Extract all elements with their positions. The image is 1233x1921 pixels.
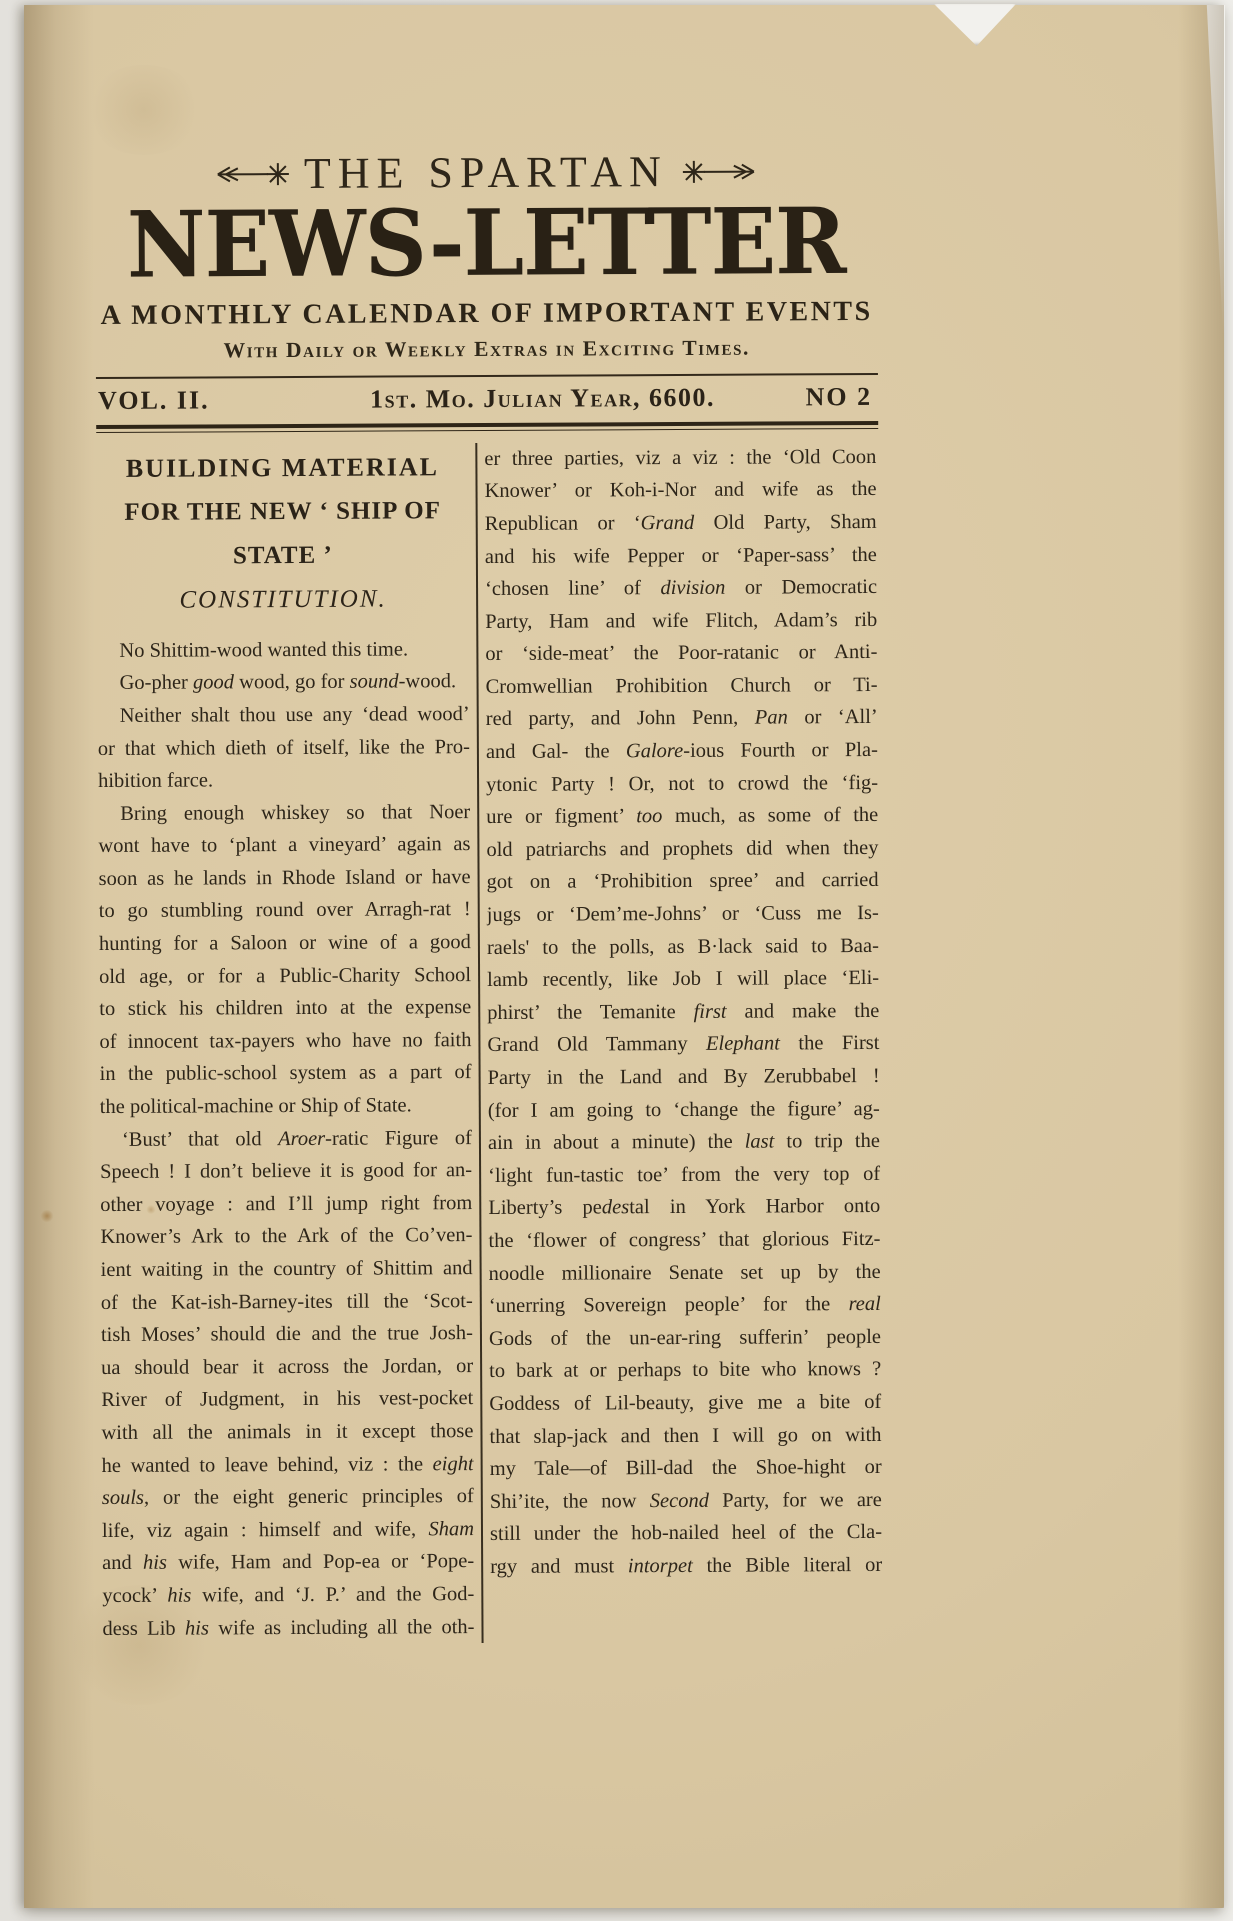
text-line: hunting for a Saloon or wine of a good bbox=[99, 926, 471, 961]
text-line: Liberty’s pedestal in York Harbor onto bbox=[488, 1190, 880, 1225]
text-line: lamb recently, like Job I will place ‘El… bbox=[487, 962, 879, 997]
arrow-ornament-right bbox=[682, 156, 756, 186]
text-line: Shi’ite, the now Second Party, for we ar… bbox=[490, 1484, 882, 1519]
text-line: other voyage : and I’ll jump right from bbox=[100, 1187, 472, 1222]
text-line: ycock’ his wife, and ‘J. P.’ and the God… bbox=[102, 1578, 474, 1613]
text-line: old patriarchs and prophets did when the… bbox=[486, 832, 878, 867]
text-line: or that which dieth of itself, like the … bbox=[98, 731, 470, 766]
masthead: THE SPARTAN bbox=[94, 3, 878, 364]
text-line: of the Kat-ish-Barney-ites till the ‘Sco… bbox=[101, 1285, 473, 1320]
text-line: dess Lib his wife as including all the o… bbox=[102, 1611, 474, 1646]
text-line: Bring enough whiskey so that Noer bbox=[98, 796, 470, 831]
text-line: still under the hob-nailed heel of the C… bbox=[490, 1516, 882, 1551]
text-line: old age, or for a Public-Charity School bbox=[99, 959, 471, 994]
text-line: ‘chosen line’ of division or Democratic bbox=[485, 571, 877, 606]
text-line: Gods of the un-ear-ring sufferin’ people bbox=[489, 1321, 881, 1356]
text-line: Neither shalt thou use any ‘dead wood’ bbox=[98, 698, 470, 733]
article-heading: BUILDING MATERIAL FOR THE NEW ‘ SHIP OF … bbox=[96, 441, 469, 623]
text-line: (for I am going to ‘change the figure’ a… bbox=[488, 1093, 880, 1128]
date-label: 1st. Mo. Julian Year, 6600. bbox=[370, 383, 715, 415]
text-line: with all the animals in it except those bbox=[101, 1415, 473, 1450]
text-line: Party, Ham and wife Flitch, Adam’s rib bbox=[485, 604, 877, 639]
text-line: ‘Bust’ that old Aroer-ratic Figure of bbox=[100, 1122, 472, 1157]
text-line: hibition farce. bbox=[98, 763, 470, 798]
text-line: of innocent tax-payers who have no faith bbox=[99, 1024, 471, 1059]
text-line: Party in the Land and By Zerubbabel ! bbox=[488, 1060, 880, 1095]
text-line: the ‘flower of congress’ that glorious F… bbox=[488, 1223, 880, 1258]
article-column-right-body: er three parties, viz a viz : the ‘Old C… bbox=[484, 441, 882, 1584]
text-line: rgy and must intorpet the Bible literal … bbox=[490, 1549, 882, 1584]
arrow-ornament-left bbox=[216, 159, 290, 189]
text-line: Republican or ‘Grand Old Party, Sham bbox=[485, 506, 877, 541]
newsletter-page: THE SPARTAN bbox=[24, 5, 1224, 1908]
article-column-right: er three parties, viz a viz : the ‘Old C… bbox=[484, 439, 882, 1643]
text-line: ytonic Party ! Or, not to crowd the ‘fig… bbox=[486, 767, 878, 802]
text-line: jugs or ‘Dem’me-Johns’ or ‘Cuss me Is- bbox=[487, 897, 879, 932]
text-line: and his wife Pepper or ‘Paper-sass’ the bbox=[485, 538, 877, 573]
page-edge-highlight bbox=[1199, 5, 1225, 335]
text-line: River of Judgment, in his vest-pocket bbox=[101, 1382, 473, 1417]
text-line: souls, or the eight generic principles o… bbox=[102, 1480, 474, 1515]
article-column-left-body: No Shittim-wood wanted this time.Go-pher… bbox=[97, 633, 474, 1645]
text-line: Speech ! I don’t believe it is good for … bbox=[100, 1154, 472, 1189]
text-line: to stick his children into at the expens… bbox=[99, 991, 471, 1026]
text-line: wont have to ‘plant a vineyard’ again as bbox=[98, 828, 470, 863]
page-content: THE SPARTAN bbox=[94, 3, 885, 1645]
text-line: my Tale—of Bill-dad the Shoe-hight or bbox=[490, 1451, 882, 1486]
text-line: in the public-school system as a part of bbox=[100, 1057, 472, 1092]
newsletter-subtitle: A MONTHLY CALENDAR OF IMPORTANT EVENTS bbox=[96, 296, 878, 332]
column-divider bbox=[475, 443, 483, 1643]
text-line: Cromwellian Prohibition Church or Ti- bbox=[485, 669, 877, 704]
text-line: ‘unerring Sovereign people’ for the real bbox=[489, 1288, 881, 1323]
text-line: to go stumbling round over Arragh-rat ! bbox=[99, 894, 471, 929]
text-line: or ‘side-meat’ the Poor-ratanic or Anti- bbox=[485, 636, 877, 671]
article-heading-line3: CONSTITUTION. bbox=[97, 577, 469, 623]
text-line: red party, and John Penn, Pan or ‘All’ bbox=[486, 701, 878, 736]
text-line: life, viz again : himself and wife, Sham bbox=[102, 1513, 474, 1548]
article-columns: BUILDING MATERIAL FOR THE NEW ‘ SHIP OF … bbox=[96, 439, 884, 1645]
text-line: ient waiting in the country of Shittim a… bbox=[101, 1252, 473, 1287]
text-line: Knower’ or Koh-i-Nor and wife as the bbox=[484, 473, 876, 508]
text-line: soon as he lands in Rhode Island or have bbox=[98, 861, 470, 896]
text-line: got on a ‘Prohibition spree’ and carried bbox=[487, 864, 879, 899]
text-line: that slap-jack and then I will go on wit… bbox=[489, 1418, 881, 1453]
issue-number: NO 2 bbox=[805, 382, 872, 412]
text-line: Knower’s Ark to the Ark of the Co’ven- bbox=[100, 1219, 472, 1254]
text-line: he wanted to leave behind, viz : the eig… bbox=[102, 1448, 474, 1483]
text-line: ure or figment’ too much, as some of the bbox=[486, 799, 878, 834]
paper-stain bbox=[40, 1210, 54, 1222]
text-line: noodle millionaire Senate set up by the bbox=[489, 1256, 881, 1291]
text-line: raels' to the polls, as B·lack said to B… bbox=[487, 930, 879, 965]
text-line: No Shittim-wood wanted this time. bbox=[97, 633, 469, 668]
volume-label: VOL. II. bbox=[98, 385, 210, 416]
text-line: ‘light fun-tastic toe’ from the very top… bbox=[488, 1158, 880, 1193]
article-heading-line1: BUILDING MATERIAL bbox=[96, 445, 468, 491]
text-line: the political-machine or Ship of State. bbox=[100, 1089, 472, 1124]
text-line: er three parties, viz a viz : the ‘Old C… bbox=[484, 441, 876, 476]
torn-edge bbox=[934, 4, 1016, 46]
text-line: tish Moses’ should die and the true Josh… bbox=[101, 1317, 473, 1352]
article-column-left: BUILDING MATERIAL FOR THE NEW ‘ SHIP OF … bbox=[96, 441, 474, 1645]
text-line: ain in about a minute) the last to trip … bbox=[488, 1125, 880, 1160]
newsletter-title: NEWS-LETTER bbox=[95, 195, 877, 292]
text-line: Go-pher good wood, go for sound-wood. bbox=[97, 665, 469, 700]
text-line: and his wife, Ham and Pop-ea or ‘Pope- bbox=[102, 1545, 474, 1580]
text-line: ua should bear it across the Jordan, or bbox=[101, 1350, 473, 1385]
text-line: to bark at or perhaps to bite who knows … bbox=[489, 1353, 881, 1388]
text-line: Grand Old Tammany Elephant the First bbox=[487, 1027, 879, 1062]
text-line: and Gal- the Galore-ious Fourth or Pla- bbox=[486, 734, 878, 769]
article-heading-line2: FOR THE NEW ‘ SHIP OF STATE ’ bbox=[97, 489, 469, 579]
dateline: VOL. II. 1st. Mo. Julian Year, 6600. NO … bbox=[96, 373, 878, 425]
text-line: Goddess of Lil-beauty, give me a bite of bbox=[489, 1386, 881, 1421]
text-line: phirst’ the Temanite first and make the bbox=[487, 995, 879, 1030]
newsletter-tagline: With Daily or Weekly Extras in Exciting … bbox=[96, 335, 878, 364]
